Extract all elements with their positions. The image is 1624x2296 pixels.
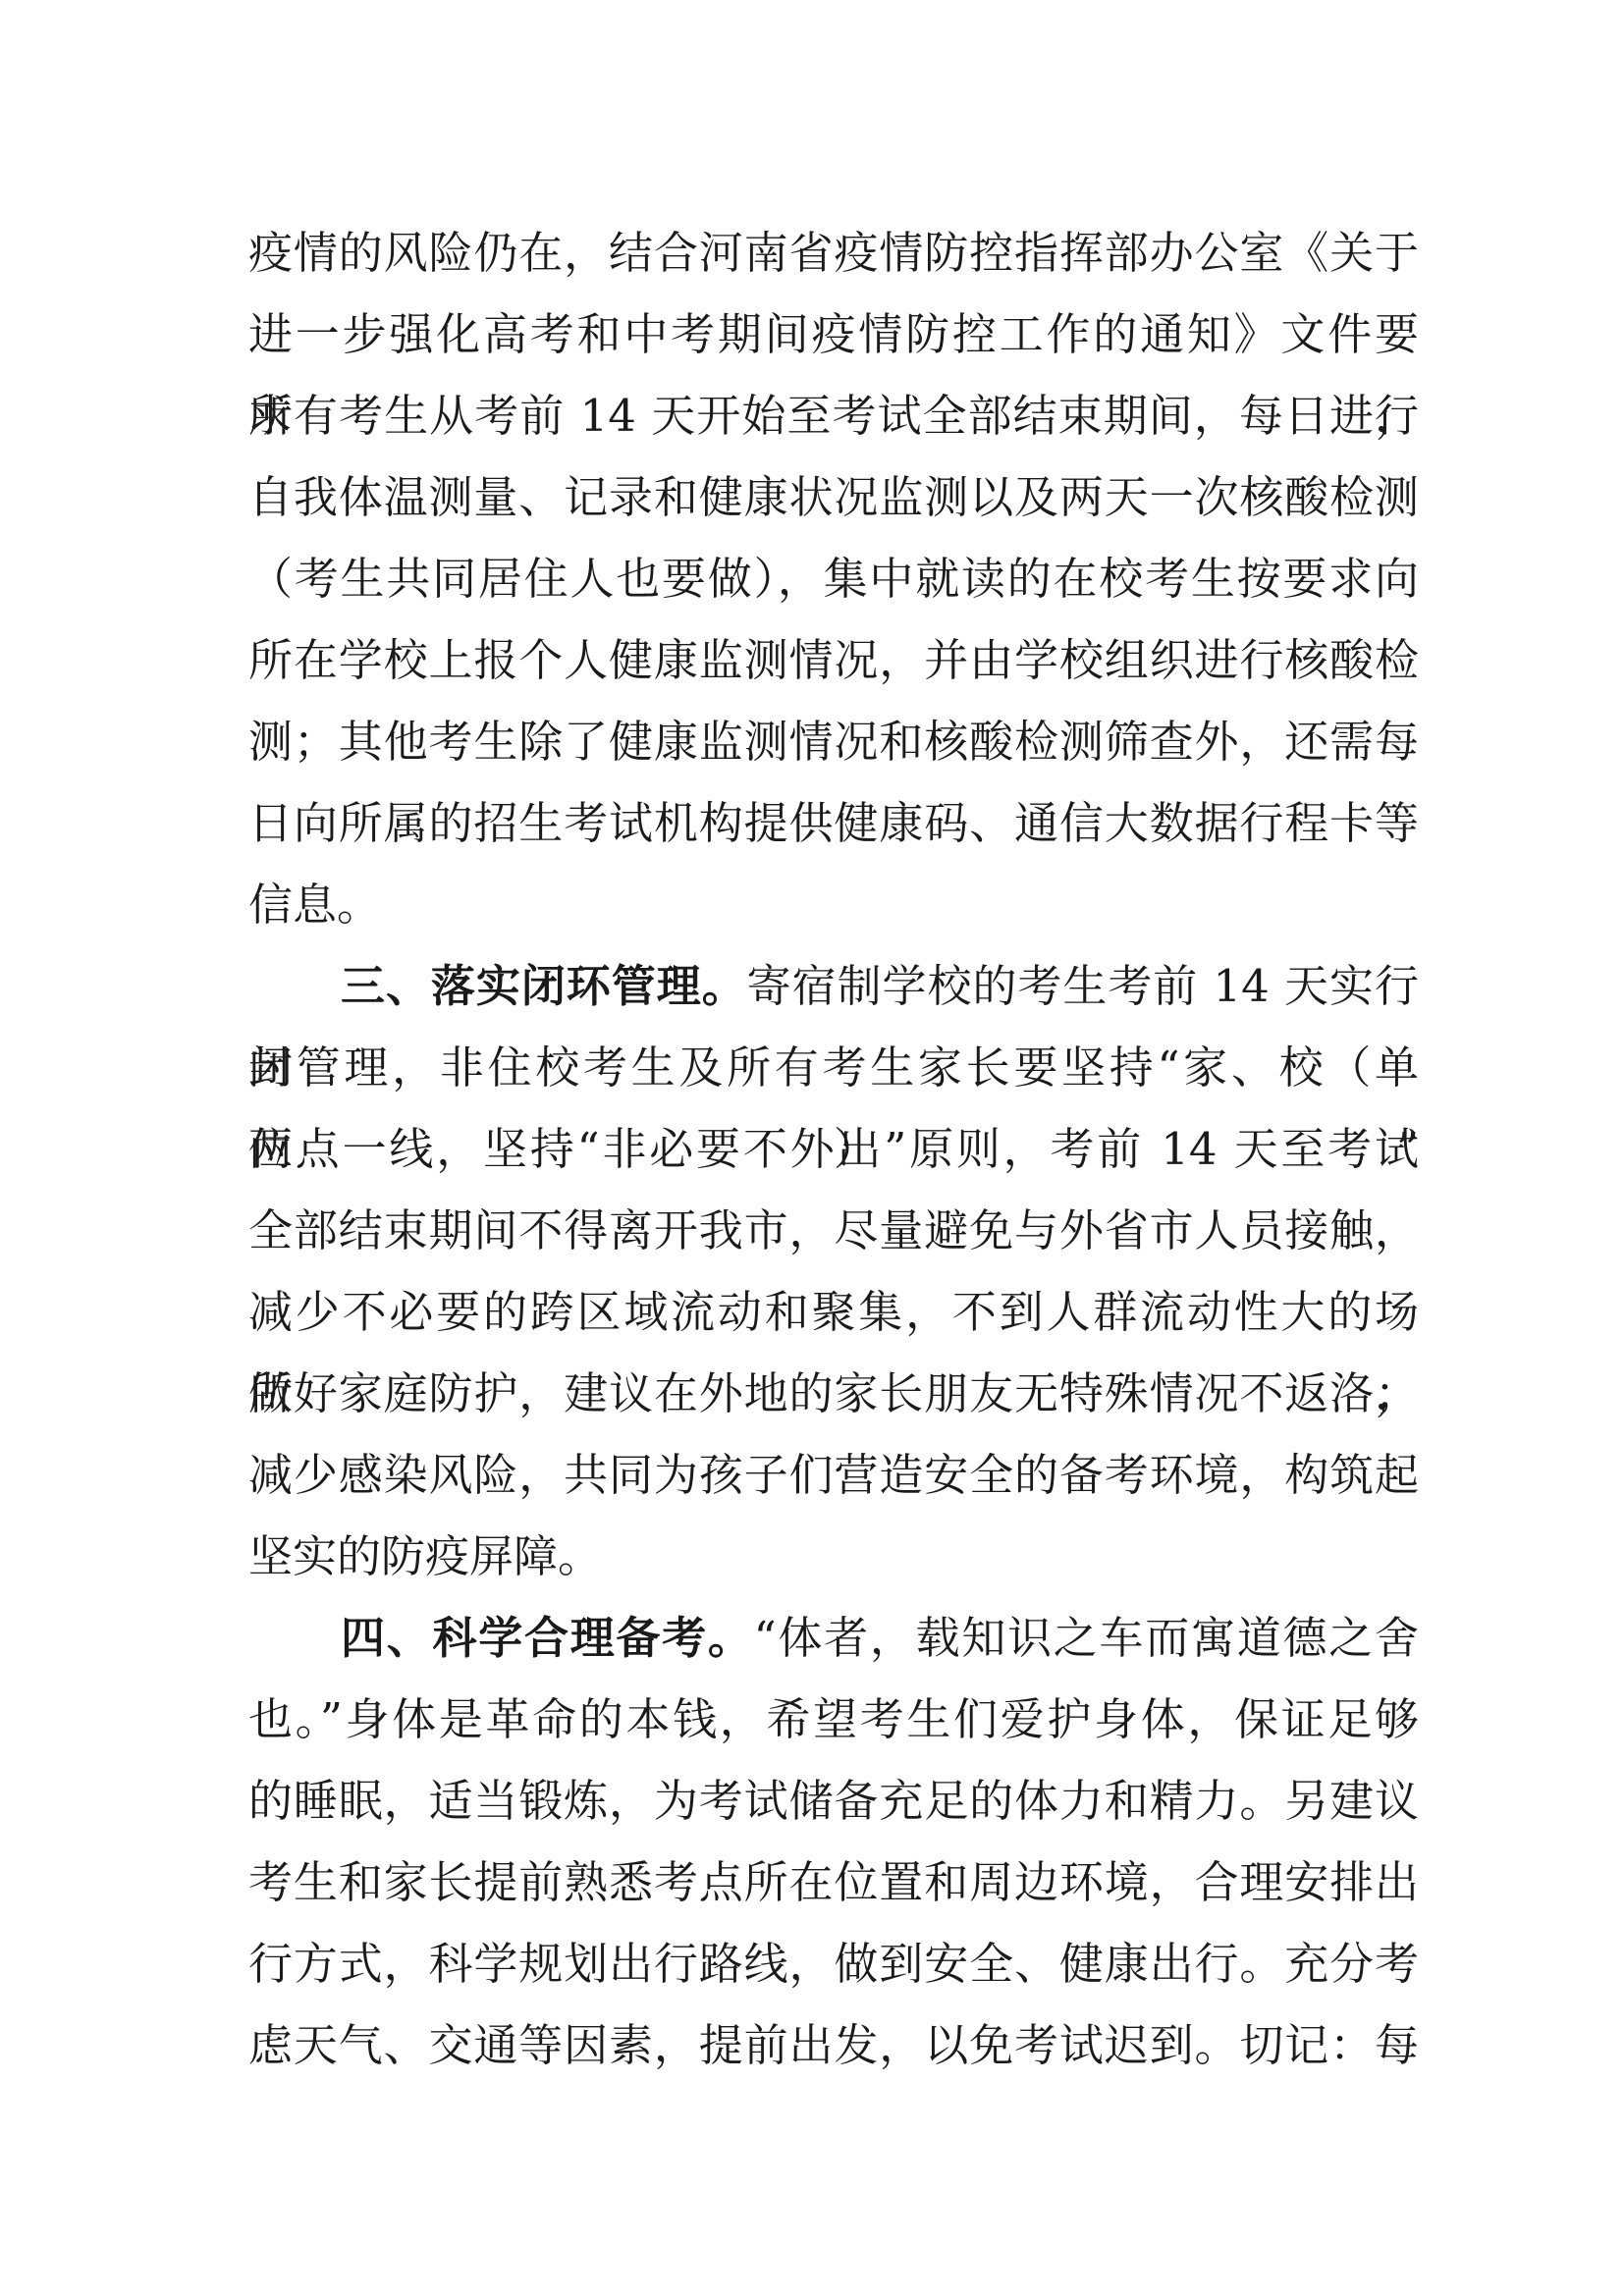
document-page: 疫情的风险仍在，结合河南省疫情防控指挥部办公室《关于 进一步强化高考和中考期间疫… <box>0 0 1624 2296</box>
p2-line-6: 做好家庭防护，建议在外地的家长朋友无特殊情况不返洛， <box>248 1353 1419 1434</box>
p3-line-4: 考生和家长提前熟悉考点所在位置和周边环境，合理安排出 <box>248 1842 1419 1923</box>
p3-line-1: 四、科学合理备考。“体者，载知识之车而寓道德之舍 <box>248 1597 1419 1679</box>
section-3-heading: 三、落实闭环管理。 <box>341 960 747 1012</box>
p1-line-1: 疫情的风险仍在，结合河南省疫情防控指挥部办公室《关于 <box>248 212 1419 294</box>
p1-line-6: 所在学校上报个人健康监测情况，并由学校组织进行核酸检 <box>248 619 1419 701</box>
p3-line-2: 也。”身体是革命的本钱，希望考生们爱护身体，保证足够 <box>248 1679 1419 1760</box>
p3-line-1-text: “体者，载知识之车而寓道德之舍 <box>754 1612 1419 1664</box>
p3-line-3: 的睡眠，适当锻炼，为考试储备充足的体力和精力。另建议 <box>248 1760 1419 1842</box>
p1-line-9: 信息。 <box>248 864 1419 945</box>
section-4-heading: 四、科学合理备考。 <box>341 1612 754 1664</box>
p2-line-5: 减少不必要的跨区域流动和聚集，不到人群流动性大的场所； <box>248 1271 1419 1353</box>
p3-line-6: 虑天气、交通等因素，提前出发，以免考试迟到。切记：每 <box>248 2004 1419 2086</box>
p1-line-2: 进一步强化高考和中考期间疫情防控工作的通知》文件要求， <box>248 294 1419 375</box>
p1-line-8: 日向所属的招生考试机构提供健康码、通信大数据行程卡等 <box>248 782 1419 864</box>
p2-line-1: 三、落实闭环管理。寄宿制学校的考生考前 14 天实行封 <box>248 945 1419 1027</box>
p2-line-2: 闭管理，非住校考生及所有考生家长要坚持“家、校（单位）” <box>248 1027 1419 1108</box>
p1-line-5: （考生共同居住人也要做），集中就读的在校考生按要求向 <box>248 538 1419 619</box>
body-text: 疫情的风险仍在，结合河南省疫情防控指挥部办公室《关于 进一步强化高考和中考期间疫… <box>248 212 1419 2086</box>
p1-line-7: 测；其他考生除了健康监测情况和核酸检测筛查外，还需每 <box>248 701 1419 782</box>
p2-line-8: 坚实的防疫屏障。 <box>248 1516 1419 1597</box>
p2-line-3: 两点一线，坚持“非必要不外出”原则，考前 14 天至考试 <box>248 1108 1419 1190</box>
p3-line-5: 行方式，科学规划出行路线，做到安全、健康出行。充分考 <box>248 1923 1419 2004</box>
p1-line-4: 自我体温测量、记录和健康状况监测以及两天一次核酸检测 <box>248 456 1419 538</box>
p2-line-4: 全部结束期间不得离开我市，尽量避免与外省市人员接触， <box>248 1190 1419 1271</box>
p1-line-3: 所有考生从考前 14 天开始至考试全部结束期间，每日进行 <box>248 375 1419 456</box>
p2-line-7: 减少感染风险，共同为孩子们营造安全的备考环境，构筑起 <box>248 1434 1419 1516</box>
